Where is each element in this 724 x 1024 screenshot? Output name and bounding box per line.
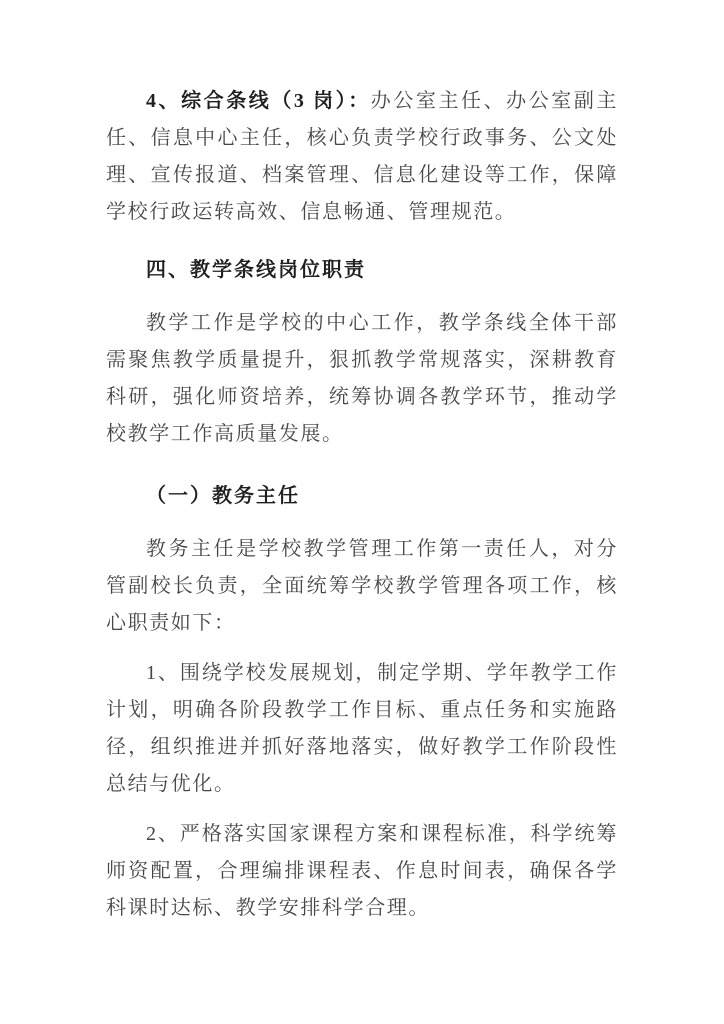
- section-heading-teaching-line-duties: 四、教学条线岗位职责: [106, 252, 618, 289]
- paragraph-dean-responsibility-intro: 教务主任是学校教学管理工作第一责任人，对分管副校长负责，全面统筹学校教学管理各项…: [106, 531, 618, 642]
- paragraph-duty-item-2: 2、严格落实国家课程方案和课程标准，科学统筹师资配置，合理编排课程表、作息时间表…: [106, 816, 618, 927]
- subsection-heading-dean-of-studies: （一）教务主任: [106, 478, 618, 515]
- paragraph-teaching-line-intro: 教学工作是学校的中心工作，教学条线全体干部需聚焦教学质量提升，狠抓教学常规落实，…: [106, 305, 618, 453]
- paragraph-comprehensive-line: 4、综合条线（3 岗）：办公室主任、办公室副主任、信息中心主任，核心负责学校行政…: [106, 83, 618, 231]
- paragraph-duty-item-1: 1、围绕学校发展规划，制定学期、学年教学工作计划，明确各阶段教学工作目标、重点任…: [106, 655, 618, 803]
- document-page: 4、综合条线（3 岗）：办公室主任、办公室副主任、信息中心主任，核心负责学校行政…: [0, 0, 724, 1024]
- paragraph-bold-lead: 4、综合条线（3 岗）：: [146, 90, 371, 112]
